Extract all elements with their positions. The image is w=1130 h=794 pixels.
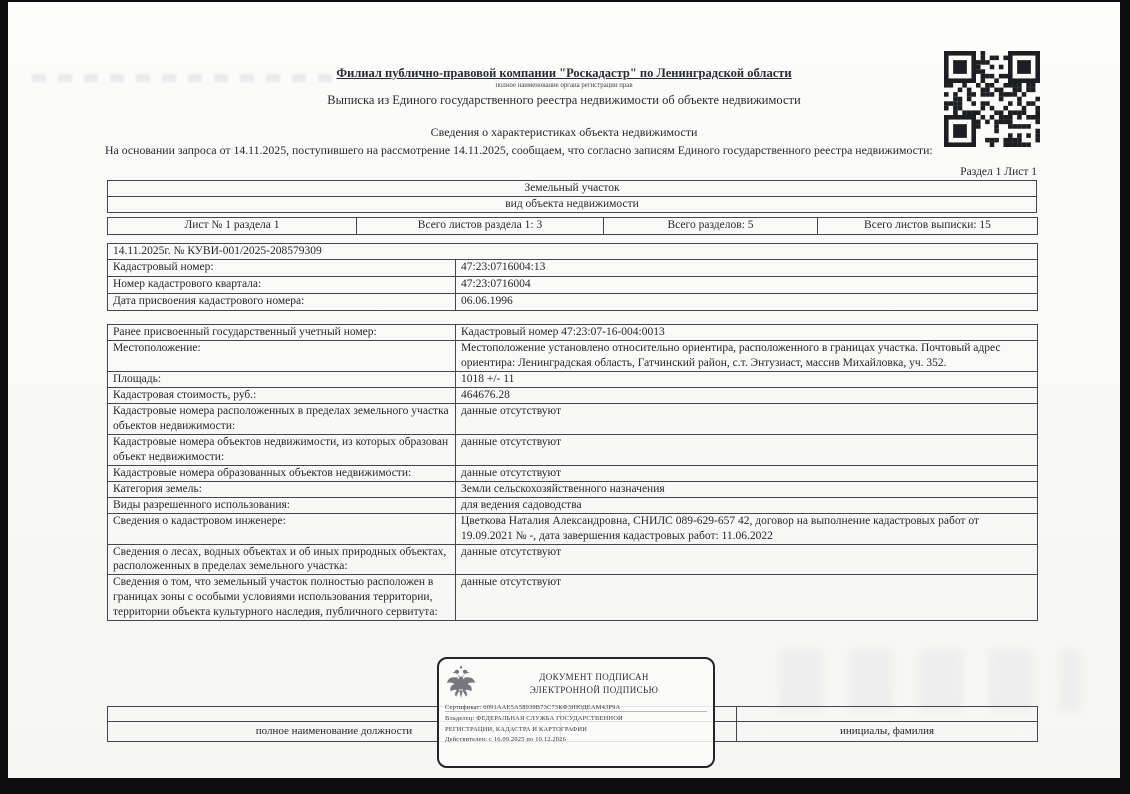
object-type-value: Земельный участок [108, 181, 1037, 197]
stamp-titles: ДОКУМЕНТ ПОДПИСАН ЭЛЕКТРОННОЙ ПОДПИСЬЮ [481, 669, 707, 695]
object-type-table: Земельный участок вид объекта недвижимос… [107, 180, 1037, 213]
table-row: Категория земель:Земли сельскохозяйствен… [108, 481, 1038, 497]
sheet-count-cell: Всего разделов: 5 [604, 218, 818, 235]
sheets-summary-table: Лист № 1 раздела 1Всего листов раздела 1… [107, 217, 1038, 235]
row-label: Номер кадастрового квартала: [108, 276, 456, 293]
table-row: Номер кадастрового квартала:47:23:071600… [108, 276, 1038, 293]
table-row: Лист № 1 раздела 1Всего листов раздела 1… [108, 218, 1038, 235]
row-value: 47:23:0716004:13 [456, 259, 1038, 276]
table-row: Дата присвоения кадастрового номера:06.0… [108, 293, 1038, 310]
row-value: 06.06.1996 [456, 293, 1038, 310]
row-label: Сведения о лесах, водных объектах и об и… [108, 544, 456, 575]
table-row: Кадастровый номер:47:23:0716004:13 [108, 259, 1038, 276]
sheet-count-cell: Всего листов выписки: 15 [818, 218, 1038, 235]
table-row: вид объекта недвижимости [108, 197, 1037, 213]
row-label: Дата присвоения кадастрового номера: [108, 293, 456, 310]
row-label: Сведения о кадастровом инженере: [108, 513, 456, 544]
row-value: данные отсутствуют [456, 434, 1038, 465]
table-row: Кадастровые номера расположенных в преде… [108, 403, 1038, 434]
row-value: 1018 +/- 11 [456, 371, 1038, 387]
row-label: Виды разрешенного использования: [108, 497, 456, 513]
row-value: Цветкова Наталия Александровна, СНИЛС 08… [456, 513, 1038, 544]
row-label: Сведения о том, что земельный участок по… [108, 575, 456, 621]
row-value: 47:23:0716004 [456, 276, 1038, 293]
row-value: Кадастровый номер 47:23:07-16-004:0013 [456, 325, 1038, 341]
table-row: Виды разрешенного использования:для веде… [108, 497, 1038, 513]
table-row: Земельный участок [108, 181, 1037, 197]
row-label: Местоположение: [108, 341, 456, 372]
table-row: Кадастровые номера объектов недвижимости… [108, 434, 1038, 465]
request-number: 14.11.2025г. № КУВИ-001/2025-208579309 [108, 244, 1038, 260]
document-page: Филиал публично-правовой компании "Роска… [8, 2, 1120, 778]
row-value: Местоположение установлено относительно … [456, 341, 1038, 372]
row-label: Кадастровые номера образованных объектов… [108, 465, 456, 481]
signature-line-cell [737, 707, 1038, 722]
row-value: данные отсутствуют [456, 403, 1038, 434]
sheet-count-cell: Лист № 1 раздела 1 [108, 218, 357, 235]
row-value: данные отсутствуют [456, 465, 1038, 481]
row-label: Площадь: [108, 371, 456, 387]
row-label: Кадастровые номера объектов недвижимости… [108, 434, 456, 465]
section-title: Сведения о характеристиках объекта недви… [8, 125, 1120, 140]
table-row: Площадь:1018 +/- 11 [108, 371, 1038, 387]
stamp-title-line1: ДОКУМЕНТ ПОДПИСАН [481, 672, 707, 682]
stamp-header: ДОКУМЕНТ ПОДПИСАН ЭЛЕКТРОННОЙ ПОДПИСЬЮ [445, 664, 707, 700]
object-details-table: Ранее присвоенный государственный учетны… [107, 324, 1038, 621]
table-row: Кадастровые номера образованных объектов… [108, 465, 1038, 481]
table-row: Сведения о том, что земельный участок по… [108, 575, 1038, 621]
table-row: Местоположение:Местоположение установлен… [108, 341, 1038, 372]
section-sheet-label: Раздел 1 Лист 1 [105, 166, 1037, 178]
stamp-title-line2: ЭЛЕКТРОННОЙ ПОДПИСЬЮ [481, 685, 707, 695]
table-row: Сведения о лесах, водных объектах и об и… [108, 544, 1038, 575]
table-row: Кадастровая стоимость, руб.:464676.28 [108, 387, 1038, 403]
stamp-owner-line1: Владелец: ФЕДЕРАЛЬНАЯ СЛУЖБА ГОСУДАРСТВЕ… [445, 715, 707, 722]
basis-statement: На основании запроса от 14.11.2025, пост… [105, 143, 1039, 158]
table-row: Ранее присвоенный государственный учетны… [108, 325, 1038, 341]
stamp-certificate: Сертификат: 0091AAE5A58939B73C73КФ3НЮДЕА… [445, 704, 707, 712]
row-label: Ранее присвоенный государственный учетны… [108, 325, 456, 341]
row-value: данные отсутствуют [456, 544, 1038, 575]
initials-label: инициалы, фамилия [737, 722, 1038, 742]
row-label: Категория земель: [108, 481, 456, 497]
stamp-owner-line2: РЕГИСТРАЦИИ, КАДАСТРА И КАРТОГРАФИИ [445, 726, 707, 733]
object-type-caption: вид объекта недвижимости [108, 197, 1037, 213]
row-value: данные отсутствуют [456, 575, 1038, 621]
coat-of-arms-icon [445, 664, 477, 700]
stamp-validity: Действителен: с 16.09.2025 по 10.12.2026 [445, 736, 707, 743]
table-row: 14.11.2025г. № КУВИ-001/2025-208579309 [108, 244, 1038, 260]
row-label: Кадастровый номер: [108, 259, 456, 276]
sheet-count-cell: Всего листов раздела 1: 3 [357, 218, 604, 235]
digital-signature-stamp: ДОКУМЕНТ ПОДПИСАН ЭЛЕКТРОННОЙ ПОДПИСЬЮ С… [437, 657, 715, 768]
row-label: Кадастровая стоимость, руб.: [108, 387, 456, 403]
cadastral-id-table: 14.11.2025г. № КУВИ-001/2025-208579309 К… [107, 243, 1038, 311]
row-value: для ведения садоводства [456, 497, 1038, 513]
scan-ghost-watermark [780, 650, 1080, 710]
scanned-document: { "header": { "org_name": "Филиал публич… [0, 0, 1130, 794]
row-value: 464676.28 [456, 387, 1038, 403]
row-label: Кадастровые номера расположенных в преде… [108, 403, 456, 434]
table-row: Сведения о кадастровом инженере:Цветкова… [108, 513, 1038, 544]
row-value: Земли сельскохозяйственного назначения [456, 481, 1038, 497]
